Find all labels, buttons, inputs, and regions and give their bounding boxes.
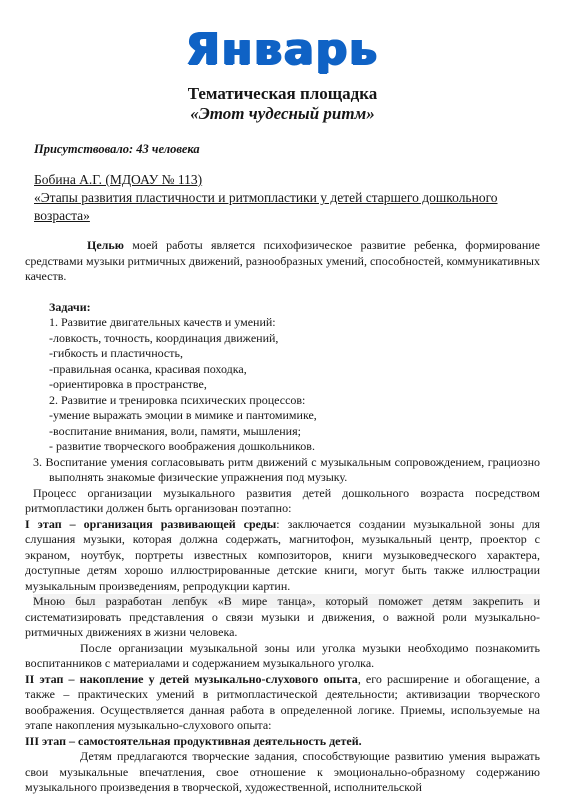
text-run: Целью [87, 238, 124, 252]
creative-tasks-paragraph: Детям предлагаются творческие задания, с… [25, 749, 540, 796]
stage1-paragraph: I этап – организация развивающей среды: … [25, 517, 540, 595]
text-run: -правильная осанка, красивая походка, [49, 362, 247, 376]
task-list-item: -ловкость, точность, координация движени… [49, 331, 540, 347]
text-run: III этап – самостоятельная продуктивная … [25, 734, 362, 748]
text-run: «Этапы развития пластичности и ритмоплас… [34, 190, 498, 223]
text-run: -ориентировка в пространстве, [49, 377, 207, 391]
task-list-item: -гибкость и пластичность, [49, 346, 540, 362]
text-run: II этап – накопление у детей музыкально-… [25, 672, 358, 686]
document-body: ЯнварьТематическая площадка«Этот чудесны… [25, 26, 540, 796]
task-list-item: 1. Развитие двигательных качеств и умени… [49, 315, 540, 331]
task-list-item: -умение выражать эмоции в мимике и панто… [49, 408, 540, 424]
task-list-item: 2. Развитие и тренировка психических про… [49, 393, 540, 409]
after-zone-paragraph: После организации музыкальной зоны или у… [25, 641, 540, 672]
report-title: «Этапы развития пластичности и ритмоплас… [34, 189, 540, 225]
goal-paragraph: Целью моей работы является психофизическ… [25, 238, 540, 285]
stage2-paragraph: II этап – накопление у детей музыкально-… [25, 672, 540, 734]
text-run: -умение выражать эмоции в мимике и панто… [49, 408, 317, 422]
text-run: I этап – организация развивающей среды [25, 517, 276, 531]
text-run: -гибкость и пластичность, [49, 346, 183, 360]
tasks-heading: Задачи: [49, 300, 540, 316]
process-paragraph: Процесс организации музыкального развити… [25, 486, 540, 517]
text-run: Тематическая площадка [188, 84, 378, 103]
text-run: «Этот чудесный ритм» [190, 104, 375, 123]
lapbook-paragraph: Мною был разработан лепбук «В мире танца… [25, 594, 540, 641]
task-list-item: -ориентировка в пространстве, [49, 377, 540, 393]
text-run: -ловкость, точность, координация движени… [49, 331, 278, 345]
event-name: «Этот чудесный ритм» [25, 104, 540, 124]
text-run: Присутствовало: 43 человека [34, 142, 200, 156]
task-list-item: - развитие творческого воображения дошко… [49, 439, 540, 455]
task-list-item: 3. Воспитание умения согласовывать ритм … [49, 455, 540, 486]
text-run: 2. Развитие и тренировка психических про… [49, 393, 305, 407]
text-run: Детям предлагаются творческие задания, с… [25, 749, 540, 794]
text-run: -воспитание внимания, воли, памяти, мышл… [49, 424, 301, 438]
text-run: 3. Воспитание умения согласовывать ритм … [33, 455, 540, 485]
text-run: Задачи: [49, 300, 91, 314]
text-run: систематизировать представления о связи … [25, 610, 540, 640]
text-run: - развитие творческого воображения дошко… [49, 439, 315, 453]
event-subtitle: Тематическая площадка [25, 84, 540, 104]
text-run: Мною был разработан лепбук «В мире танца… [33, 594, 540, 608]
document-page: ЯнварьТематическая площадка«Этот чудесны… [0, 0, 565, 800]
text-run: Бобина А.Г. (МДОАУ № 113) [34, 172, 202, 187]
text-run: 1. Развитие двигательных качеств и умени… [49, 315, 276, 329]
task-list-item: -воспитание внимания, воли, памяти, мышл… [49, 424, 540, 440]
text-run: После организации музыкальной зоны или у… [25, 641, 540, 671]
text-run: Процесс организации музыкального развити… [25, 486, 540, 516]
task-list-item: -правильная осанка, красивая походка, [49, 362, 540, 378]
attendance-line: Присутствовало: 43 человека [34, 141, 540, 157]
speaker-heading: Бобина А.Г. (МДОАУ № 113) [34, 171, 540, 189]
stage3-heading: III этап – самостоятельная продуктивная … [25, 734, 540, 750]
text-run: Январь [186, 24, 379, 75]
main-title: Январь [25, 26, 540, 73]
